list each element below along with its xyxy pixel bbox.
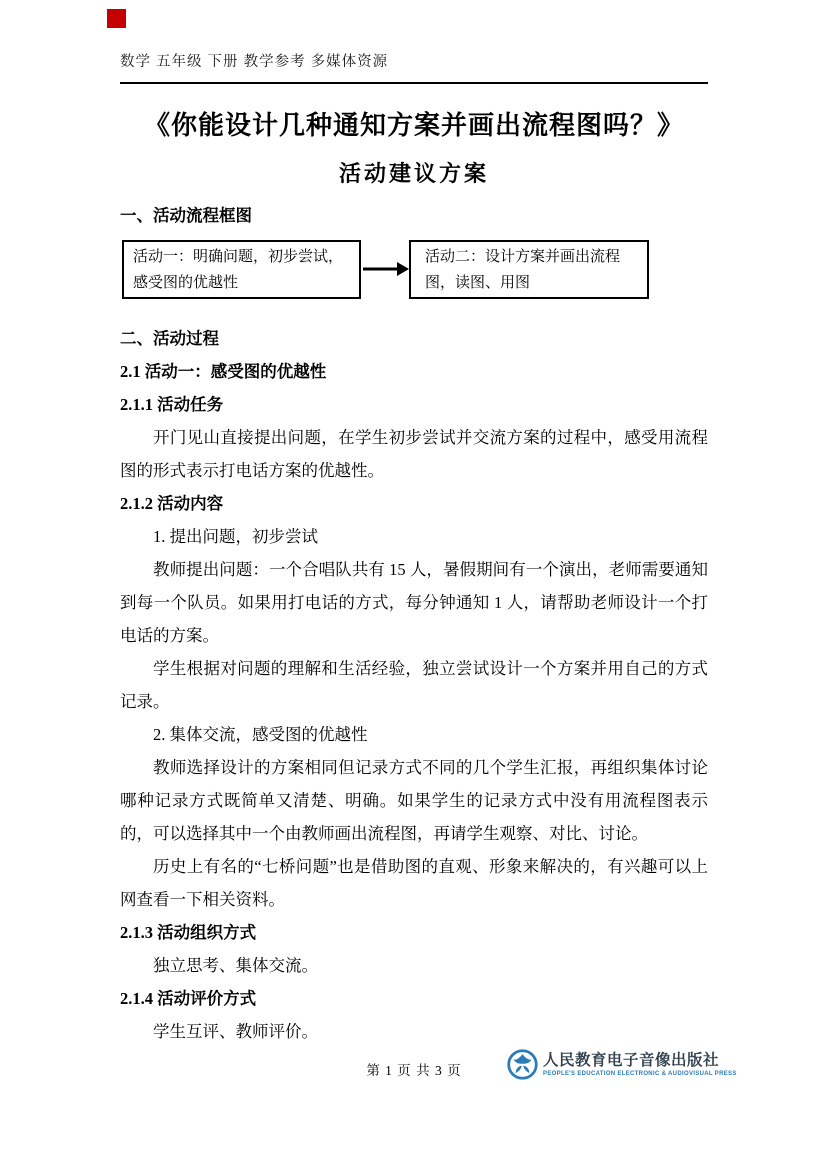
paragraph-organization: 独立思考、集体交流。: [120, 949, 708, 982]
paragraph-step1-title: 1. 提出问题，初步尝试: [120, 520, 708, 553]
document-page: 数学 五年级 下册 教学参考 多媒体资源 《你能设计几种通知方案并画出流程图吗？…: [0, 0, 827, 1169]
subsection-heading-2-1: 2.1 活动一：感受图的优越性: [120, 355, 708, 388]
paragraph-seven-bridges: 历史上有名的“七桥问题”也是借助图的直观、形象来解决的，有兴趣可以上网查看一下相…: [120, 850, 708, 916]
flowchart-box-activity1: 活动一：明确问题，初步尝试，感受图的优越性: [122, 240, 361, 299]
publisher-name-cn: 人民教育电子音像出版社: [543, 1052, 737, 1069]
publisher-text-block: 人民教育电子音像出版社 PEOPLE'S EDUCATION ELECTRONI…: [543, 1052, 737, 1078]
paragraph-evaluation: 学生互评、教师评价。: [120, 1015, 708, 1048]
flowchart: 活动一：明确问题，初步尝试，感受图的优越性 活动二：设计方案并画出流程图，读图、…: [120, 240, 708, 302]
right-arrow-icon: [361, 240, 411, 299]
subsection-heading-2-1-4: 2.1.4 活动评价方式: [120, 982, 708, 1015]
publisher-name-en: PEOPLE'S EDUCATION ELECTRONIC & AUDIOVIS…: [543, 1070, 737, 1078]
document-body: 二、活动过程 2.1 活动一：感受图的优越性 2.1.1 活动任务 开门见山直接…: [120, 322, 708, 1048]
paragraph-student-try: 学生根据对问题的理解和生活经验，独立尝试设计一个方案并用自己的方式记录。: [120, 652, 708, 718]
subsection-heading-2-1-2: 2.1.2 活动内容: [120, 487, 708, 520]
document-header: 数学 五年级 下册 教学参考 多媒体资源: [120, 50, 708, 84]
section-heading-flowchart: 一、活动流程框图: [120, 204, 708, 227]
paragraph-task: 开门见山直接提出问题，在学生初步尝试并交流方案的过程中，感受用流程图的形式表示打…: [120, 421, 708, 487]
subsection-heading-2-1-1: 2.1.1 活动任务: [120, 388, 708, 421]
subsection-heading-2-1-3: 2.1.3 活动组织方式: [120, 916, 708, 949]
page-content: 数学 五年级 下册 教学参考 多媒体资源 《你能设计几种通知方案并画出流程图吗？…: [120, 0, 708, 1048]
document-title-line1: 《你能设计几种通知方案并画出流程图吗？》: [120, 106, 708, 146]
flowchart-box-activity2: 活动二：设计方案并画出流程图，读图、用图: [409, 240, 649, 299]
paragraph-step2-title: 2. 集体交流，感受图的优越性: [120, 718, 708, 751]
publisher-logo-icon: [507, 1049, 538, 1080]
section-heading-process: 二、活动过程: [120, 322, 708, 355]
paragraph-discussion: 教师选择设计的方案相同但记录方式不同的几个学生汇报，再组织集体讨论哪种记录方式既…: [120, 751, 708, 850]
publisher-logo: 人民教育电子音像出版社 PEOPLE'S EDUCATION ELECTRONI…: [507, 1049, 737, 1080]
document-title-line2: 活动建议方案: [120, 158, 708, 190]
paragraph-teacher-question: 教师提出问题：一个合唱队共有 15 人，暑假期间有一个演出，老师需要通知到每一个…: [120, 553, 708, 652]
